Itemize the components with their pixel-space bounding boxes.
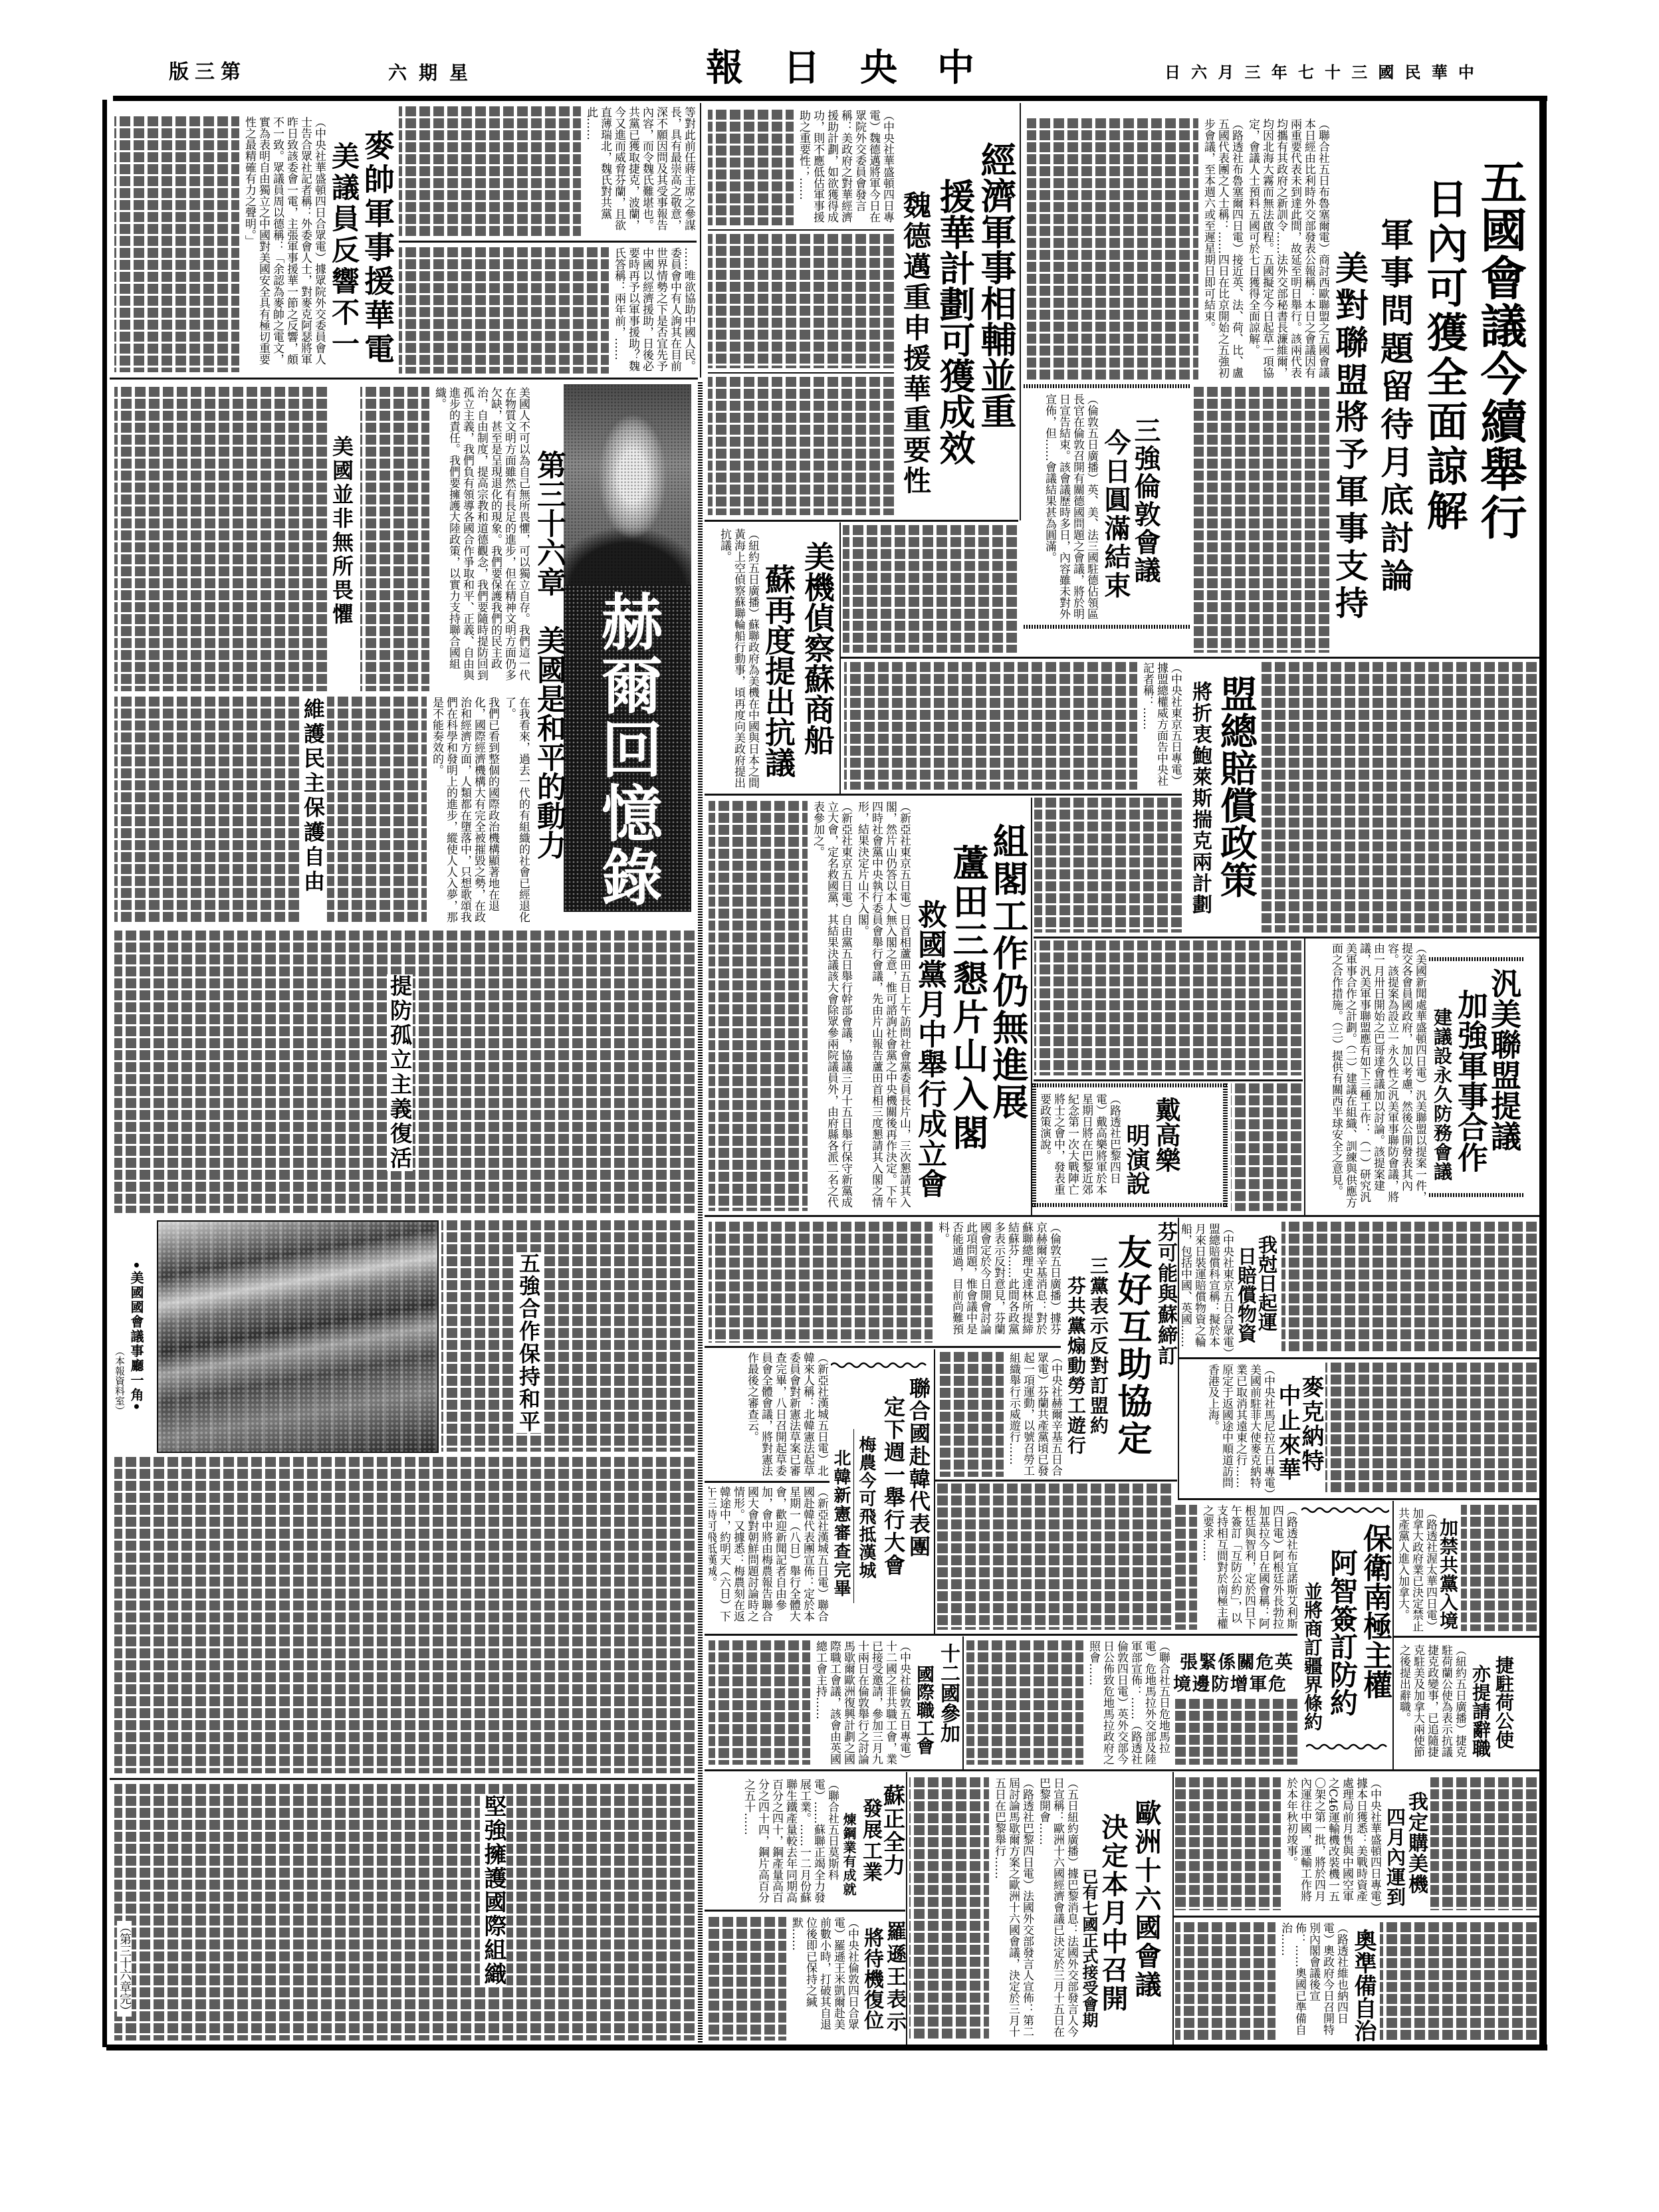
lead-headline: 五國會議今續舉行 [1477,158,1523,541]
continued-text [1380,1922,1537,2041]
reparations-policy-subheadline: 將折衷鮑萊斯揣克兩計劃 [1190,681,1210,915]
glyph: 邊 [1192,1676,1210,1694]
soviet-protest-body: （紐約五日廣播）蘇聯政府為美機在中國與日本之間黃海上空偵察蘇聯輪船行動事，頃再度… [709,528,759,790]
london-conference-body: （倫敦五日廣播）英、美、法三國駐德佔領區長官在倫敦召開有關德國問題之會議，將於明… [1028,393,1098,621]
rule [399,241,697,243]
article-dispatch: （中央社華盛頓四日專電）據本日獲悉：美戰時資產處理局前月售與中國空軍之C46運輸… [1281,1777,1381,1910]
europe-conference-subheadline: 已有七國正式接受會期 [1081,1868,1097,2028]
antarctic-continued [937,1484,1171,1630]
article-dispatch: （聯合社五日危地馬拉電）危地馬拉外交部及陸軍部宣佈：……（路透社倫敦四日電）英外… [1083,1640,1170,1765]
wedemeyer-headline: 經濟軍事相輔並重 [978,142,1014,429]
un-korea-subheadline: 梅農今可飛抵漢城 [857,1436,875,1579]
glyph: 第 [221,62,241,82]
japan-cabinet-headline-2: 蘆田三懇片山入閣 [950,844,986,1153]
mcnutt-headline: 麥克納特 [1299,1375,1322,1474]
box-border [1024,384,1190,388]
glyph: 版 [169,62,189,82]
box-border [1032,1083,1036,1207]
continued-text [1262,662,1537,933]
rule [705,1769,1539,1771]
rule [705,1481,829,1483]
canada-headline: 加禁共黨入境 [1438,1518,1457,1630]
hull-section-heading: 五強合作保持和平 [516,1252,541,1433]
japan-cabinet-headline: 組閣工作仍無進展 [990,823,1026,1121]
pan-american-subheadline: 建議設永久防務會議 [1432,1008,1451,1181]
finland-headline-2: 友好互助協定 [1114,1234,1149,1458]
hull-body: 在我看來，過去一代的有組織的社會已經退化了。 我們已看到整個的國際政治機構顯著地… [327,697,530,923]
japan-cabinet-body: （新亞社東京五日電）日首相蘆田五日上午訪問社會黨委員長片山，三次懇請其入閣，然片… [709,801,911,1211]
glyph: 央 [860,49,897,86]
austria-headline: 奧準備自治 [1352,1929,1375,2042]
article-dispatch: （中央社倫敦五日專電）十二國之非共職工會，業已接受邀請，參加三月九十兩日在倫敦舉… [810,1640,911,1765]
wedemeyer-continued-lower: ……唯欲協助中國人民。委員會中有人詢其在目前世界情勢之下是否宜先予中國以經濟援助… [399,247,695,374]
macarthur-subheadline: 美議員反響不一 [330,142,358,360]
article-dispatch: （中央社東京五日合眾電）盟總賠償科宣稱：擬於本月來日裝運賠償物資之輪船，包括中國… [1180,1223,1234,1353]
soviet-industry-subheadline: 煉鋼業有成就 [842,1813,855,1896]
glyph: 民 [1405,64,1421,80]
finland-headline: 芬可能與蘇締訂 [1155,1222,1175,1366]
glyph: 華 [1432,64,1448,80]
hull-memoir-title: 赫爾回憶錄 [597,590,658,909]
glyph: 中 [1458,64,1474,80]
finland-body-2: （中央社赫爾辛基五日合眾電）芬蘭共產黨頃已發起一項運動，以號召勞工組織舉行示威遊… [937,1352,1062,1477]
rule [705,520,1018,522]
continued-text [1281,1222,1537,1353]
glyph: 中 [937,49,974,86]
lead-headline-2: 日內可獲全面諒解 [1423,177,1464,534]
hull-intro-body: 美國人不可以為自己無所畏懼，可以獨立自存。我們這一代在物質文明方面雖然有長足的進… [360,387,530,691]
article-dispatch: （新亞社漢城五日電）北韓來人稱：北韓憲法起草委員會對新憲法草案已審查完畢，八日召… [742,1352,828,1477]
reparations-policy-body: （中央社東京五日專電）據盟總權威方面告中央社記者稱：…… [844,662,1182,790]
antarctic-headline-2: 阿智簽訂防約 [1328,1549,1356,1716]
article-dispatch: （五日紐約廣播）據巴黎消息：法國外交部發言人今日宣稱：歐洲十六國經濟會議已決定於… [1034,1777,1078,2041]
article-dispatch: （中央社東京五日專電）據盟總權威方面告中央社記者稱：…… [1137,662,1182,790]
lead-subheadline-2: 美對聯盟將予軍事支持 [1333,251,1366,623]
glyph: 國 [1378,64,1394,80]
article-dispatch: （路透社布魯塞爾四日電）接近英、法、荷、比、盧五國代表團之人士稱：……四日在比京… [1198,118,1243,380]
article-continuation: 等對此前任蔣主席之參謀長，具有最崇高之敬意，深不願因問及其受事報告內容，而令魏氏… [581,106,695,237]
rule [1034,937,1539,939]
mcnutt-headline-2: 中止來華 [1276,1384,1299,1482]
hull-intro: 美國人不可以為自己無所畏懼，可以獨立自存。我們這一代在物質文明方面雖然有長足的進… [429,387,530,691]
hull-section-heading: 提防孤立主義復活 [387,974,413,1171]
glyph: 六 [1191,64,1207,80]
rule [705,1215,1539,1217]
divider [700,103,701,378]
box-border [1024,625,1190,629]
london-conference-headline-2: 今日圓滿結束 [1102,429,1129,600]
romania-king-body: （中央社倫敦四日合眾電）羅遜王米凱爾赴美前數小時，打破其自退位後即已保持之緘默…… [709,1917,859,2041]
glyph: 防 [1211,1676,1229,1694]
soviet-protest-headline: 美機偵察蘇商船 [802,541,833,755]
box-border [1032,1083,1227,1087]
rule [705,1346,1061,1348]
uk-guatemala-headline: 英危關係緊張 [1180,1654,1293,1672]
glyph: 張 [1180,1654,1198,1672]
glyph: 危 [1256,1654,1273,1672]
article-dispatch: （中央社馬尼拉五日專電）美國前駐菲大使麥克納特業已取消其遠東之行……原定于返國途… [1202,1364,1275,1494]
photo-credit: （本報資料室） [114,1346,124,1416]
divider [906,1772,907,2045]
pan-american-headline: 汎美聯盟提議 [1489,968,1519,1151]
lead-body: （聯合社五日布魯塞爾電）商討西歐聯盟之五國會議本日經由比利時外交部發表公報稱：本… [1027,118,1329,380]
newspaper-title: 中央日報 [706,49,974,86]
glyph: 期 [419,64,437,82]
soviet-industry-body: （聯合社五日莫斯科電）……蘇聯正竭全力發展工業。……一二月份蘇聯生鐵產量較去年同… [709,1779,839,1905]
article-dispatch: （紐約五日廣播）捷克駐荷蘭公使為表示抗議捷克政變事，已追隨捷克駐美及加拿大兩使節… [1398,1644,1466,1760]
hull-body [114,697,299,923]
hull-body [114,1457,695,1773]
hull-portrait-photo [564,384,691,585]
soviet-protest-headline-2: 蘇再度提出抗議 [763,564,794,778]
un-korea-headline-2: 定下週一舉行大會 [883,1396,904,1577]
box-border [1429,1193,1525,1197]
glyph: 月 [1218,64,1234,80]
article-dispatch: （路透社維也納四日電）奧政府今日召開特別內閣會議後宣佈：……奧國已準備自治…… [1275,1922,1348,2041]
box-border [1032,1203,1227,1207]
un-korea-headline: 聯合國赴韓代表團 [908,1377,929,1558]
glyph: 增 [1230,1676,1248,1694]
de-gaulle-headline: 戴高樂 [1153,1097,1178,1172]
reparations-shipment-body: （中央社東京五日合眾電）盟總賠償科宣稱：擬於本月來日裝運賠償物資之輪船，包括中國… [1180,1223,1234,1353]
rule [110,1778,695,1780]
uk-guatemala-body-2 [1174,1699,1297,1765]
divider [1172,1772,1174,2045]
newspaper-page: 第三版 星期六 中央日報 中華民國三十七年三月六日 （中央社華盛頓四日合眾電）據… [0,0,1659,2212]
divider [853,1429,854,1603]
uk-guatemala-body: （聯合社五日危地馬拉電）危地馬拉外交部及陸軍部宣佈：……（路透社倫敦四日電）英外… [966,1640,1170,1765]
czech-envoy-body: （紐約五日廣播）捷克駐荷蘭公使為表示抗議捷克政變事，已追隨捷克駐美及加拿大兩使節… [1398,1644,1466,1760]
article-dispatch: （新亞社東京五日電）日首相蘆田五日上午訪問社會黨委員長片山，三次懇請其入閣，然片… [852,801,911,1211]
soviet-industry-headline: 蘇正全力 [882,1784,904,1877]
wedemeyer-body-2 [708,234,894,368]
hull-passage: 在我看來，過去一代的有組織的社會已經退化了。 [499,697,530,923]
wedemeyer-subheadline: 魏德邁重申援華重要性 [901,191,929,497]
article-dispatch: （中央社華盛頓四日合眾電）據眾院外交委員會人士告合眾社記者稱：外委會人士，對麥克… [239,116,326,372]
aircraft-purchase-headline: 我定購美機 [1406,1791,1426,1894]
rule [705,1910,905,1912]
wavy-divider [831,1361,932,1369]
article-dispatch: （聯合社五日布魯塞爾電）商討西歐聯盟之五國會議本日經由比利時外交部發表公報稱：本… [1243,118,1329,380]
hull-passage: 我們已看到整個的國際政治機構顯著地在退化，國際經濟機構大有完全被摧毀之勢，在政治… [427,697,499,923]
hull-body [114,387,327,691]
reparations-shipment-headline: 我尅日起運 [1257,1235,1276,1331]
glyph: 三 [1351,64,1367,80]
reparations-shipment-headline-2: 日賠償物資 [1236,1246,1256,1343]
continued-text [1325,1363,1537,1494]
frame-right-border [1539,98,1547,2049]
glyph: 三 [195,62,215,82]
chapter-end-note: （第三十六章完） [117,1921,132,2017]
reparations-policy-headline: 盟總賠償政策 [1218,675,1255,898]
hull-memoir-title-band: 赫爾回憶錄 [564,585,691,912]
wedemeyer-body-3 [708,377,894,515]
north-korea-body: （新亞社漢城五日電）北韓來人稱：北韓憲法起草委員會對新憲法草案已審查完畢，八日召… [709,1352,828,1477]
de-gaulle-headline-2: 明演說 [1125,1123,1149,1195]
europe-conference-body: （五日紐約廣播）據巴黎消息：法國外交部發言人今日宣稱：歐洲十六國經濟會議已決定於… [909,1777,1078,2041]
aircraft-purchase-headline-2: 四月內運到 [1385,1807,1404,1907]
mcnutt-body: （中央社馬尼拉五日專電）美國前駐菲大使麥克納特業已取消其遠東之行……原定于返國途… [1180,1364,1275,1494]
glyph: 日 [1164,64,1180,80]
article-dispatch: （美國新聞處華盛頓四日電）汎美聯盟以提案一件，提交各會員國政府，加以考慮，然後公… [1326,942,1426,1211]
article-dispatch: （聯合社五日莫斯科電）……蘇聯正竭全力發展工業。……一二月份蘇聯生鐵產量較去年同… [738,1779,839,1905]
czech-envoy-headline: 捷駐荷公使 [1494,1656,1513,1749]
glyph: 危 [1268,1676,1286,1694]
box-border [1429,957,1525,961]
hull-body [114,1784,695,2041]
article-dispatch: （新亞社東京五日電）自由黨五日舉行幹部會議，協議三月十五日舉行保守新黨成立大會，… [808,801,852,1211]
austria-body: （路透社維也納四日電）奧政府今日召開特別內閣會議後宣佈：……奧國已準備自治…… [1175,1922,1348,2041]
europe-conference-headline: 歐洲十六國會議 [1133,1799,1159,1999]
article-dispatch: （紐約五日廣播）蘇聯政府為美機在中國與日本之間黃海上空偵察蘇聯輪船行動事，頃再度… [715,528,759,790]
box-border [1223,1083,1228,1207]
article-dispatch: （倫敦五日廣播）據芬京赫爾辛基消息：對於蘇聯總理史達林所提締結蘇芬……此間各政黨… [933,1222,1061,1343]
reparations-policy-body-3 [1034,940,1301,1075]
finland-subheadline-2: 芬共黨煽動勞工遊行 [1066,1276,1085,1456]
reparations-policy-body-4 [1231,1083,1301,1211]
article-dispatch: （路透社布宜諾斯艾利斯四日電）阿根廷外長勃拉加基拉今日在國會稱：阿根廷與智利，定… [1197,1505,1297,1630]
europe-conference-headline-2: 決定本月中召開 [1099,1813,1126,2013]
glyph: 日 [783,49,820,86]
divider-hatched [698,382,703,2044]
glyph: 緊 [1199,1654,1217,1672]
weekday: 星期六 [388,64,468,82]
wedemeyer-body: （中央社華盛頓四日專電）魏德邁將軍今日在眾院外交委員會發言稱：美政府之對華經濟援… [708,110,894,225]
czech-envoy-headline-2: 亦提請辭職 [1471,1664,1490,1757]
photo-caption: •美國國會議事廳一角• [130,1261,143,1412]
lead-subheadline: 軍事問題留待月底討論 [1378,217,1411,596]
divider [934,1349,935,1634]
frame-top-border [113,96,1547,101]
rule [841,657,1539,659]
article-dispatch: （中央社赫爾辛基五日合眾電）芬蘭共產黨頃已發起一項運動，以號召勞工組織舉行示威遊… [1004,1352,1062,1477]
rule [934,1480,1177,1482]
article-dispatch: （中央社倫敦四日合眾電）羅遜王米凱爾赴美前數小時，打破其自退位後即已保持之緘默…… [786,1917,859,2041]
london-conference-headline: 三強倫敦會議 [1132,417,1159,584]
romania-king-headline: 羅遜王表示 [884,1921,904,2034]
continued-text [843,525,1017,653]
antarctic-subheadline: 並將商訂疆界條約 [1303,1582,1321,1731]
labor-conference-body: （中央社倫敦五日專電）十二國之非共職工會，業已接受邀請，參加三月九十兩日在倫敦舉… [709,1640,911,1765]
rule [708,229,894,231]
rule [705,794,1182,796]
glyph: 十 [1325,64,1341,80]
uk-guatemala-headline-2: 危軍增防邊境 [1173,1676,1286,1694]
glyph: 三 [1245,64,1261,80]
hull-section-heading: 維護民主保護自由 [302,698,324,895]
finland-subheadline: 三黨表示反對訂盟約 [1089,1256,1107,1436]
rule [1178,1357,1539,1359]
glyph: 七 [1298,64,1314,80]
wavy-divider [1301,1506,1389,1514]
macarthur-headline: 麥帥軍事援華電 [362,130,393,367]
rule [1392,1636,1539,1638]
frame-bottom-border [106,2045,1547,2050]
japan-cabinet-headline-3: 救國黨月中舉行成立會 [915,899,944,1198]
hull-body [441,1220,695,1452]
wedemeyer-continued-upper: 等對此前任蔣主席之參謀長，具有最崇高之敬意，深不願因問及其受事報告內容，而令魏氏… [399,106,695,237]
de-gaulle-body: （路透社巴黎四日電）戴高樂將軍於本星期日將在巴黎近郊紀念第一次大戰陣亡將士之會中… [1038,1093,1121,1200]
glyph: 年 [1272,64,1287,80]
issue-date: 中華民國三十七年三月六日 [1164,64,1474,80]
reparations-policy-body-2 [1034,798,1182,933]
article-dispatch: （路透社渥太華四日電）加拿大政府業已決定禁止共產黨人進入加拿大。 [1395,1507,1437,1632]
antarctic-body: （路透社布宜諾斯艾利斯四日電）阿根廷外長勃拉加基拉今日在國會稱：阿根廷與智利，定… [1174,1505,1297,1630]
glyph: 報 [706,49,743,86]
divider [1392,1501,1394,1769]
congress-hall-photo [157,1220,439,1453]
romania-king-headline-2: 將待機復位 [861,1928,881,2031]
labor-conference-headline-2: 國際職工會 [915,1665,933,1755]
article-dispatch: （新亞社漢城五日電）聯合國赴韓代表團宣佈：定於本星期一（八日）舉行全體大會，歡迎… [709,1486,828,1630]
canada-body: （路透社渥太華四日電）加拿大政府業已決定禁止共產黨人進入加拿大。 [1395,1507,1437,1632]
rule [1034,1079,1303,1081]
labor-conference-headline: 十二國參加 [938,1643,958,1743]
hull-section-heading: 堅強擁護國際組織 [480,1795,506,1986]
frame-left-border [102,100,107,2047]
aircraft-purchase-body: （中央社華盛頓四日專電）據本日獲悉：美戰時資產處理局前月售與中國空軍之C46運輸… [1175,1777,1381,1910]
glyph: 星 [449,64,468,82]
article-dispatch: （路透社巴黎四日電）法國外交部發言人宣佈：第二屆討論馬歇爾方案之歐洲十六國會議，… [989,1777,1034,2041]
page-number: 第三版 [169,62,241,82]
article-dispatch: （倫敦五日廣播）英、美、法三國駐德佔領區長官在倫敦召開有關德國問題之會議，將於明… [1040,393,1098,621]
rule [110,378,698,380]
wavy-divider [1306,1743,1387,1751]
wedemeyer-headline-2: 援華計劃可獲成效 [937,178,973,465]
soviet-industry-headline-2: 發展工業 [860,1798,880,1883]
glyph: 英 [1275,1654,1293,1672]
divider [962,1636,964,1769]
glyph: 係 [1218,1654,1236,1672]
finland-body: （倫敦五日廣播）據芬京赫爾辛基消息：對於蘇聯總理史達林所提締結蘇芬……此間各政黨… [709,1222,1061,1343]
un-korea-body: （新亞社漢城五日電）聯合國赴韓代表團宣佈：定於本星期一（八日）舉行全體大會，歡迎… [709,1486,828,1630]
divider [1304,939,1305,1215]
continued-text [1461,1505,1537,1631]
article-continuation: ……唯欲協助中國人民。委員會中有人詢其在目前世界情勢之下是否宜先予中國以經濟援助… [609,247,695,374]
rule [1173,1916,1539,1918]
pan-american-body: （美國新聞處華盛頓四日電）汎美聯盟以提案一件，提交各會員國政府，加以考慮，然後公… [1308,942,1426,1211]
divider [1020,103,1021,520]
article-dispatch: （路透社巴黎四日電）戴高樂將軍於本星期日將在巴黎近郊紀念第一次大戰陣亡將士之會中… [1038,1093,1121,1200]
glyph: 境 [1173,1676,1191,1694]
hull-chapter-heading: 第三十六章 美國是和平的動力 [534,450,563,859]
north-korea-subheadline: 北韓新憲審查完畢 [832,1449,849,1598]
pan-american-headline-2: 加強軍事合作 [1456,989,1486,1172]
glyph: 軍 [1249,1676,1267,1694]
glyph: 六 [388,64,407,82]
rule [705,1634,1297,1636]
lead-body-continued [1194,387,1329,653]
antarctic-headline: 保衛南極主權 [1360,1523,1389,1699]
macarthur-body: （中央社華盛頓四日合眾電）據眾院外交委員會人士告合眾社記者稱：外委會人士，對麥克… [114,116,326,372]
continued-text [1430,1777,1537,1910]
rule [708,372,894,374]
glyph: 關 [1237,1654,1255,1672]
hull-section-heading: 美國並非無所畏懼 [331,435,352,627]
article-dispatch: （中央社華盛頓四日專電）魏德邁將軍今日在眾院外交委員會發言稱：美政府之對華經濟援… [794,110,894,225]
rule [1178,1498,1539,1500]
